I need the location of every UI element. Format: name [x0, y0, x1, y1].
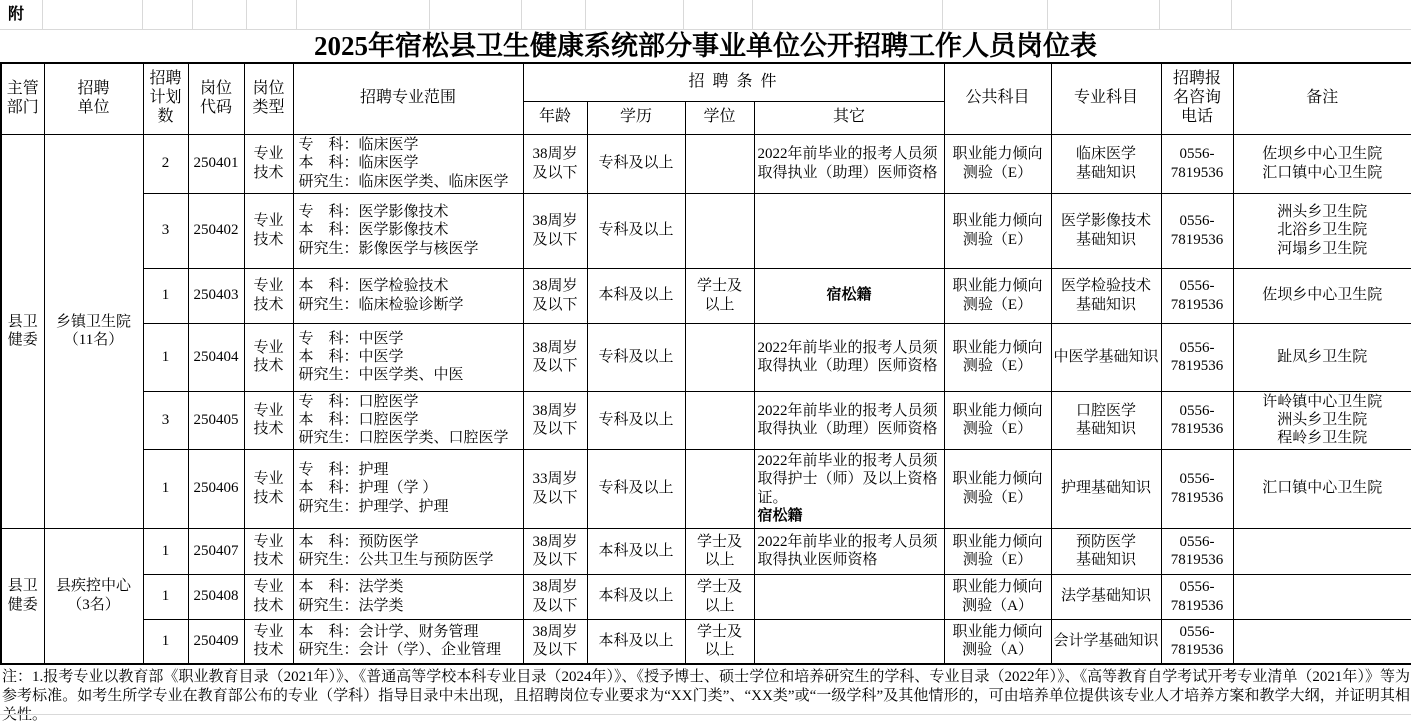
cell-age: 38周岁 及以下 — [523, 134, 587, 193]
col-header-dept: 主管 部门 — [1, 63, 44, 134]
col-header-degree: 学位 — [685, 101, 754, 134]
gridline-cell — [430, 0, 522, 29]
cell-phone: 0556- 7819536 — [1161, 193, 1233, 268]
cell-type: 专业 技术 — [244, 323, 293, 391]
cell-type: 专业 技术 — [244, 528, 293, 574]
cell-subject: 中医学基础知识 — [1051, 323, 1161, 391]
cell-majors: 本 科：会计学、财务管理 研究生：会计（学）、企业管理 — [293, 619, 523, 664]
cell-plan: 3 — [143, 193, 188, 268]
cell-code: 250408 — [188, 574, 244, 619]
gridline-cell — [143, 0, 193, 29]
cell-note: 佐坝乡中心卫生院 — [1233, 268, 1411, 323]
cell-unit: 县疾控中心 （3名） — [44, 528, 143, 664]
cell-note — [1233, 619, 1411, 664]
cell-note: 佐坝乡中心卫生院 汇口镇中心卫生院 — [1233, 134, 1411, 193]
cell-age: 38周岁 及以下 — [523, 528, 587, 574]
table-row: 3 250405 专业 技术 专 科：口腔医学 本 科：口腔医学 研究生：口腔医… — [1, 391, 1411, 449]
cell-dept: 县卫 健委 — [1, 134, 44, 528]
gridline-cell — [1232, 0, 1411, 29]
col-header-plan: 招聘 计划 数 — [143, 63, 188, 134]
cell-plan: 2 — [143, 134, 188, 193]
spreadsheet-gridline-row: 附 — [0, 0, 1411, 30]
cell-phone: 0556- 7819536 — [1161, 528, 1233, 574]
cell-phone: 0556- 7819536 — [1161, 574, 1233, 619]
col-header-code: 岗位 代码 — [188, 63, 244, 134]
cell-type: 专业 技术 — [244, 391, 293, 449]
cell-phone: 0556- 7819536 — [1161, 449, 1233, 528]
cell-other — [754, 574, 944, 619]
cell-code: 250406 — [188, 449, 244, 528]
gridline-cell — [247, 0, 297, 29]
col-header-phone: 招聘报 名咨询 电话 — [1161, 63, 1233, 134]
cell-age: 38周岁 及以下 — [523, 193, 587, 268]
cell-plan: 3 — [143, 391, 188, 449]
position-table: 主管 部门 招聘 单位 招聘 计划 数 岗位 代码 岗位 类型 招聘专业范围 招… — [0, 62, 1411, 665]
cell-majors: 本 科：法学类 研究生：法学类 — [293, 574, 523, 619]
cell-other: 2022年前毕业的报考人员须取得护士（师）及以上资格证。宿松籍 — [754, 449, 944, 528]
cell-degree: 学士及 以上 — [685, 619, 754, 664]
table-row: 县卫 健委 乡镇卫生院 （11名） 2 250401 专业 技术 专 科：临床医… — [1, 134, 1411, 193]
cell-public: 职业能力倾向 测验（A） — [944, 619, 1051, 664]
cell-other: 2022年前毕业的报考人员须取得执业（助理）医师资格 — [754, 323, 944, 391]
cell-age: 33周岁 及以下 — [523, 449, 587, 528]
cell-note: 洲头乡卫生院 北浴乡卫生院 河塌乡卫生院 — [1233, 193, 1411, 268]
cell-public: 职业能力倾向 测验（A） — [944, 574, 1051, 619]
col-header-subject: 专业科目 — [1051, 63, 1161, 134]
cell-other: 2022年前毕业的报考人员须取得执业（助理）医师资格 — [754, 134, 944, 193]
col-header-age: 年龄 — [523, 101, 587, 134]
table-row: 1 250406 专业 技术 专 科：护理 本 科：护理（学 ） 研究生：护理学… — [1, 449, 1411, 528]
cell-subject: 口腔医学 基础知识 — [1051, 391, 1161, 449]
cell-degree: 学士及 以上 — [685, 268, 754, 323]
gridline-cell — [943, 0, 1048, 29]
cell-plan: 1 — [143, 323, 188, 391]
gridline-cell — [1048, 0, 1160, 29]
cell-subject: 医学影像技术 基础知识 — [1051, 193, 1161, 268]
col-header-public: 公共科目 — [944, 63, 1051, 134]
table-row: 1 250403 专业 技术 本 科：医学检验技术 研究生：临床检验诊断学 38… — [1, 268, 1411, 323]
table-row: 1 250404 专业 技术 专 科：中医学 本 科：中医学 研究生：中医学类、… — [1, 323, 1411, 391]
cell-majors: 专 科：医学影像技术 本 科：医学影像技术 研究生：影像医学与核医学 — [293, 193, 523, 268]
cell-edu: 专科及以上 — [587, 323, 685, 391]
cell-degree: 学士及 以上 — [685, 528, 754, 574]
cell-age: 38周岁 及以下 — [523, 619, 587, 664]
table-row: 县卫 健委 县疾控中心 （3名） 1 250407 专业 技术 本 科：预防医学… — [1, 528, 1411, 574]
cell-public: 职业能力倾向 测验（E） — [944, 193, 1051, 268]
gridline-divider — [0, 714, 1411, 715]
table-row: 1 250408 专业 技术 本 科：法学类 研究生：法学类 38周岁 及以下 … — [1, 574, 1411, 619]
cell-majors: 专 科：中医学 本 科：中医学 研究生：中医学类、中医 — [293, 323, 523, 391]
gridline-cell — [684, 0, 753, 29]
cell-code: 250403 — [188, 268, 244, 323]
cell-plan: 1 — [143, 268, 188, 323]
cell-other: 2022年前毕业的报考人员须取得执业（助理）医师资格 — [754, 391, 944, 449]
cell-code: 250409 — [188, 619, 244, 664]
cell-note: 汇口镇中心卫生院 — [1233, 449, 1411, 528]
cell-subject: 法学基础知识 — [1051, 574, 1161, 619]
cell-type: 专业 技术 — [244, 134, 293, 193]
cell-age: 38周岁 及以下 — [523, 391, 587, 449]
cell-type: 专业 技术 — [244, 574, 293, 619]
gridline-cell — [297, 0, 430, 29]
cell-degree — [685, 193, 754, 268]
cell-public: 职业能力倾向 测验（E） — [944, 268, 1051, 323]
attachment-label: 附 — [0, 0, 43, 29]
cell-note — [1233, 574, 1411, 619]
gridline-cell — [753, 0, 943, 29]
cell-edu: 本科及以上 — [587, 574, 685, 619]
cell-public: 职业能力倾向 测验（E） — [944, 323, 1051, 391]
cell-age: 38周岁 及以下 — [523, 323, 587, 391]
gridline-cell — [193, 0, 247, 29]
col-header-note: 备注 — [1233, 63, 1411, 134]
cell-edu: 专科及以上 — [587, 391, 685, 449]
cell-public: 职业能力倾向 测验（E） — [944, 449, 1051, 528]
page-title: 2025年宿松县卫生健康系统部分事业单位公开招聘工作人员岗位表 — [0, 30, 1411, 62]
cell-other — [754, 619, 944, 664]
gridline-cell — [586, 0, 684, 29]
cell-age: 38周岁 及以下 — [523, 268, 587, 323]
cell-code: 250402 — [188, 193, 244, 268]
cell-code: 250401 — [188, 134, 244, 193]
cell-edu: 专科及以上 — [587, 134, 685, 193]
gridline-cell — [522, 0, 586, 29]
cell-other: 宿松籍 — [754, 268, 944, 323]
cell-type: 专业 技术 — [244, 193, 293, 268]
cell-majors: 本 科：预防医学 研究生：公共卫生与预防医学 — [293, 528, 523, 574]
cell-other — [754, 193, 944, 268]
cell-public: 职业能力倾向 测验（E） — [944, 134, 1051, 193]
cell-subject: 会计学基础知识 — [1051, 619, 1161, 664]
cell-phone: 0556- 7819536 — [1161, 323, 1233, 391]
cell-majors: 专 科：临床医学 本 科：临床医学 研究生：临床医学类、临床医学 — [293, 134, 523, 193]
cell-majors: 专 科：护理 本 科：护理（学 ） 研究生：护理学、护理 — [293, 449, 523, 528]
cell-degree: 学士及 以上 — [685, 574, 754, 619]
cell-plan: 1 — [143, 574, 188, 619]
cell-unit: 乡镇卫生院 （11名） — [44, 134, 143, 528]
cell-phone: 0556- 7819536 — [1161, 268, 1233, 323]
cell-subject: 临床医学 基础知识 — [1051, 134, 1161, 193]
table-row: 1 250409 专业 技术 本 科：会计学、财务管理 研究生：会计（学）、企业… — [1, 619, 1411, 664]
cell-edu: 专科及以上 — [587, 449, 685, 528]
cell-type: 专业 技术 — [244, 268, 293, 323]
cell-public: 职业能力倾向 测验（E） — [944, 528, 1051, 574]
cell-plan: 1 — [143, 449, 188, 528]
col-header-unit: 招聘 单位 — [44, 63, 143, 134]
cell-phone: 0556- 7819536 — [1161, 391, 1233, 449]
col-header-majors: 招聘专业范围 — [293, 63, 523, 134]
cell-edu: 本科及以上 — [587, 619, 685, 664]
col-header-conditions: 招 聘 条 件 — [523, 63, 944, 101]
cell-other: 2022年前毕业的报考人员须取得执业医师资格 — [754, 528, 944, 574]
cell-note — [1233, 528, 1411, 574]
cell-type: 专业 技术 — [244, 449, 293, 528]
table-row: 3 250402 专业 技术 专 科：医学影像技术 本 科：医学影像技术 研究生… — [1, 193, 1411, 268]
cell-subject: 预防医学 基础知识 — [1051, 528, 1161, 574]
cell-code: 250405 — [188, 391, 244, 449]
cell-code: 250407 — [188, 528, 244, 574]
col-header-other: 其它 — [754, 101, 944, 134]
gridline-cell — [1160, 0, 1232, 29]
col-header-edu: 学历 — [587, 101, 685, 134]
cell-subject: 医学检验技术 基础知识 — [1051, 268, 1161, 323]
cell-edu: 本科及以上 — [587, 528, 685, 574]
cell-degree — [685, 323, 754, 391]
cell-edu: 专科及以上 — [587, 193, 685, 268]
header-row-1: 主管 部门 招聘 单位 招聘 计划 数 岗位 代码 岗位 类型 招聘专业范围 招… — [1, 63, 1411, 101]
cell-degree — [685, 134, 754, 193]
cell-phone: 0556- 7819536 — [1161, 134, 1233, 193]
cell-note: 许岭镇中心卫生院 洲头乡卫生院 程岭乡卫生院 — [1233, 391, 1411, 449]
cell-age: 38周岁 及以下 — [523, 574, 587, 619]
cell-majors: 本 科：医学检验技术 研究生：临床检验诊断学 — [293, 268, 523, 323]
cell-code: 250404 — [188, 323, 244, 391]
cell-public: 职业能力倾向 测验（E） — [944, 391, 1051, 449]
cell-edu: 本科及以上 — [587, 268, 685, 323]
cell-degree — [685, 449, 754, 528]
cell-note: 趾凤乡卫生院 — [1233, 323, 1411, 391]
cell-type: 专业 技术 — [244, 619, 293, 664]
sheet-page: 附 2025年宿松县卫生健康系统部分事业单位公开招聘工作人员岗位表 主管 部门 … — [0, 0, 1411, 722]
col-header-type: 岗位 类型 — [244, 63, 293, 134]
cell-subject: 护理基础知识 — [1051, 449, 1161, 528]
cell-plan: 1 — [143, 619, 188, 664]
cell-plan: 1 — [143, 528, 188, 574]
cell-majors: 专 科：口腔医学 本 科：口腔医学 研究生：口腔医学类、口腔医学 — [293, 391, 523, 449]
cell-dept: 县卫 健委 — [1, 528, 44, 664]
cell-phone: 0556- 7819536 — [1161, 619, 1233, 664]
cell-degree — [685, 391, 754, 449]
gridline-cell — [43, 0, 143, 29]
